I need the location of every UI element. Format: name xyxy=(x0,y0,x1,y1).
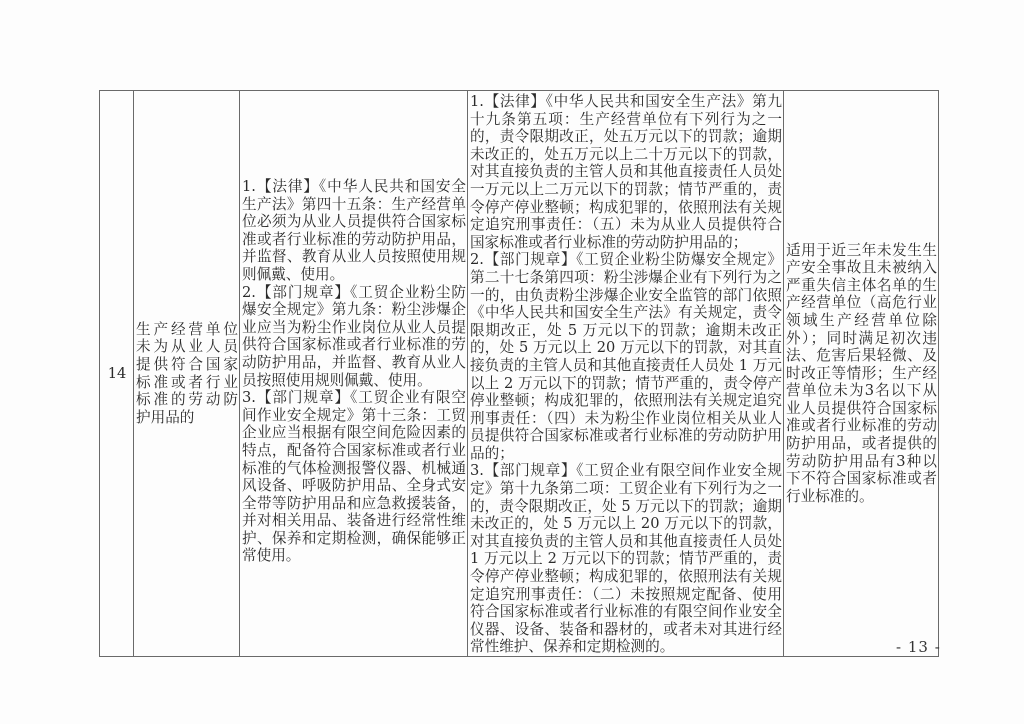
applicable-conditions: 适用于近三年未发生生产安全事故且未被纳入严重失信主体名单的生产经营单位（高危行业… xyxy=(784,91,939,657)
penalty-basis-item: 1.【法律】《中华人民共和国安全生产法》第九十九条第五项：生产经营单位有下列行为… xyxy=(470,93,782,251)
legal-basis-cell: 1.【法律】《中华人民共和国安全生产法》第四十五条：生产经营单位必须为从业人员提… xyxy=(240,91,468,657)
legal-basis-item: 2.【部门规章】《工贸企业粉尘防爆安全规定》第九条：粉尘涉爆企业应当为粉尘作业岗… xyxy=(242,284,466,390)
violation-description: 生产经营单位未为从业人员提供符合国家标准或者行业标准的劳动防护用品的 xyxy=(134,91,240,657)
penalty-basis-item: 2.【部门规章】《工贸企业粉尘防爆安全规定》第二十七条第四项：粉尘涉爆企业有下列… xyxy=(470,251,782,462)
regulation-table: 14 生产经营单位未为从业人员提供符合国家标准或者行业标准的劳动防护用品的 1.… xyxy=(99,90,939,657)
legal-basis-item: 3.【部门规章】《工贸企业有限空间作业安全规定》第十三条：工贸企业应当根据有限空… xyxy=(242,389,466,565)
table-row: 14 生产经营单位未为从业人员提供符合国家标准或者行业标准的劳动防护用品的 1.… xyxy=(100,91,939,657)
row-number: 14 xyxy=(100,91,134,657)
legal-basis-item: 1.【法律】《中华人民共和国安全生产法》第四十五条：生产经营单位必须为从业人员提… xyxy=(242,178,466,284)
penalty-basis-item: 3.【部门规章】《工贸企业有限空间作业安全规定》第十九条第二项：工贸企业有下列行… xyxy=(470,462,782,656)
page-number: - 13 - xyxy=(896,638,941,656)
penalty-basis-cell: 1.【法律】《中华人民共和国安全生产法》第九十九条第五项：生产经营单位有下列行为… xyxy=(468,91,784,657)
